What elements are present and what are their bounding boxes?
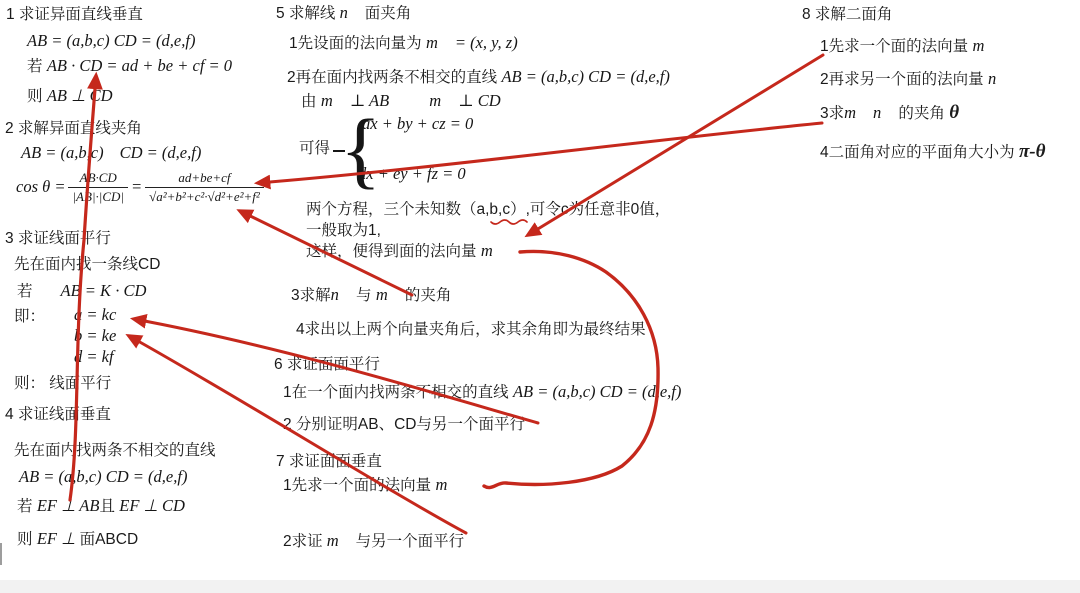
fraction2-denominator: √a²+b²+c²·√d²+e²+f² — [145, 188, 264, 205]
section5-step3-vector-m: m⃗ — [376, 285, 401, 304]
left-edge-tick — [0, 543, 2, 565]
cos-theta-lhs: cos θ = — [16, 177, 65, 198]
section5-from-label: 由 — [301, 93, 321, 110]
section6-step1-text: 1在一个面内找两条不相交的直线 — [283, 384, 513, 401]
bottom-edge-strip — [0, 580, 1080, 593]
curve-s5-normal-to-s7 — [484, 251, 658, 487]
section8-step2-text: 2再求另一个面的法向量 — [820, 71, 988, 88]
section5-result-text: 这样，便得到面的法向量 — [306, 243, 481, 260]
section7-step1-text: 1先求一个面的法向量 — [283, 477, 435, 494]
section5-step2-text: 2再在面内找两条不相交的直线 — [287, 69, 501, 86]
fraction2-numerator: ad+be+cf — [145, 170, 264, 188]
section8-step4-formula: π-θ — [1019, 141, 1046, 162]
section5-perp2: m⃗ ⊥ CD — [429, 91, 500, 110]
section7-step2-pre: 2求证 — [283, 533, 323, 550]
section5-result-vector: m⃗ — [481, 241, 506, 260]
section5-step3-vector-n: n⃗ — [331, 285, 352, 304]
section7-step2-vector: m⃗ — [323, 531, 356, 550]
section5-step3-post: 的夹角 — [401, 287, 452, 304]
section6-step2-text: 2 分别证明AB、CD与另一个面平行 — [283, 415, 525, 434]
section5-step3-mid: 与 — [352, 287, 376, 304]
section4-if-formula1: EF ⊥ AB — [37, 496, 100, 515]
section8-step3-pre: 3求 — [820, 105, 844, 122]
section8-step3-mid: 的夹角 — [894, 105, 949, 122]
fraction-component-form: ad+be+cf √a²+b²+c²·√d²+e²+f² — [145, 170, 264, 206]
section3-find-line: 先在面内找一条线CD — [14, 255, 160, 274]
section6-step1-formula: AB = (a,b,c) CD = (d,e,f) — [513, 382, 681, 401]
section3-eq1: a = kc — [74, 305, 116, 326]
section8-step3-vector-m: m⃗ — [844, 103, 873, 122]
section5-step3-pre: 3求解 — [291, 287, 331, 304]
section1-vectors: AB = (a,b,c) CD = (d,e,f) — [27, 31, 195, 52]
equation-a: ax + by + cz = 0 — [362, 114, 473, 135]
section5-note-line2: 一般取为1, — [306, 221, 381, 240]
section3-if-label: 若 — [17, 283, 33, 300]
section5-step1-formula: m⃗ = (x, y, z) — [426, 33, 518, 52]
section8-step2-vector: n⃗ — [988, 69, 1009, 88]
section2-vector-ab: AB = (a,b,c) — [21, 143, 104, 162]
section8-step4-text: 4二面角对应的平面角大小为 — [820, 144, 1019, 161]
section7-step1-vector: m⃗ — [435, 475, 460, 494]
section5-note-line1: 两个方程，三个未知数（a,b,c）,可令c为任意非0值， — [306, 200, 670, 219]
section5-step1-text: 1先设面的法向量为 — [289, 35, 426, 52]
section3-eq3: d = kf — [74, 347, 114, 368]
section4-then-formula: EF ⊥ — [37, 529, 80, 548]
fraction1-numerator: AB·CD — [68, 170, 128, 188]
section4-find-line: 先在面内找两条不相交的直线 — [14, 441, 216, 460]
section1-if-formula: AB · CD = ad + be + cf = 0 — [47, 56, 232, 75]
section7-title: 7 求证面面垂直 — [276, 452, 382, 471]
equation-b: dx + ey + fz = 0 — [358, 164, 466, 185]
section6-title: 6 求证面面平行 — [274, 355, 380, 374]
section7-step2-post: 与另一个面平行 — [356, 533, 465, 550]
section4-and-label: 且 — [99, 498, 119, 515]
section8-step1-text: 1先求一个面的法向量 — [820, 38, 972, 55]
section8-title: 8 求解二面角 — [802, 5, 892, 24]
fraction1-denominator: |AB|·|CD| — [68, 188, 128, 205]
section3-conclusion: 则： 线面平行 — [14, 374, 111, 393]
section1-then-label: 则 — [27, 88, 47, 105]
section4-then-plane: 面ABCD — [80, 531, 139, 548]
section3-namely-label: 即： — [14, 307, 45, 326]
squiggle-underline-abc — [491, 220, 527, 224]
section1-title: 1 求证异面直线垂直 — [6, 5, 143, 24]
section8-step3-vector-n: n⃗ — [873, 103, 894, 122]
section2-cos-formula: cos θ = AB·CD |AB|·|CD| = ad+be+cf √a²+b… — [16, 170, 267, 206]
section8-step1-vector: m⃗ — [972, 36, 997, 55]
section4-then-label: 则 — [17, 531, 37, 548]
section3-if-formula: AB = K · CD — [61, 281, 147, 300]
section1-if-label: 若 — [27, 58, 47, 75]
equals-sign: = — [131, 177, 142, 198]
section5-step2-formula: AB = (a,b,c) CD = (d,e,f) — [501, 67, 669, 86]
section8-step3-theta: θ — [949, 102, 959, 123]
section5-title-post: 面夹角 — [365, 5, 412, 22]
section3-eq2: b = ke — [74, 326, 116, 347]
math-notes-canvas: { "colors": { "red": "#c5281c", "ink": "… — [0, 0, 1080, 593]
section4-if-label: 若 — [17, 498, 37, 515]
section1-then-formula: AB ⊥ CD — [47, 86, 113, 105]
fraction-dot-product: AB·CD |AB|·|CD| — [68, 170, 128, 206]
section5-title-vector-n: n⃗ — [335, 3, 364, 22]
section4-title: 4 求证线面垂直 — [5, 405, 111, 424]
section2-vector-cd: CD = (d,e,f) — [120, 143, 202, 162]
section2-title: 2 求解异面直线夹角 — [5, 119, 142, 138]
section5-step4-text: 4求出以上两个向量夹角后，求其余角即为最终结果 — [296, 320, 646, 339]
section5-title-pre: 5 求解线 — [276, 5, 335, 22]
section4-if-formula2: EF ⊥ CD — [119, 496, 185, 515]
section5-obtain-label: 可得 — [299, 139, 330, 158]
section3-title: 3 求证线面平行 — [5, 229, 111, 248]
section4-vectors: AB = (a,b,c) CD = (d,e,f) — [19, 467, 187, 488]
